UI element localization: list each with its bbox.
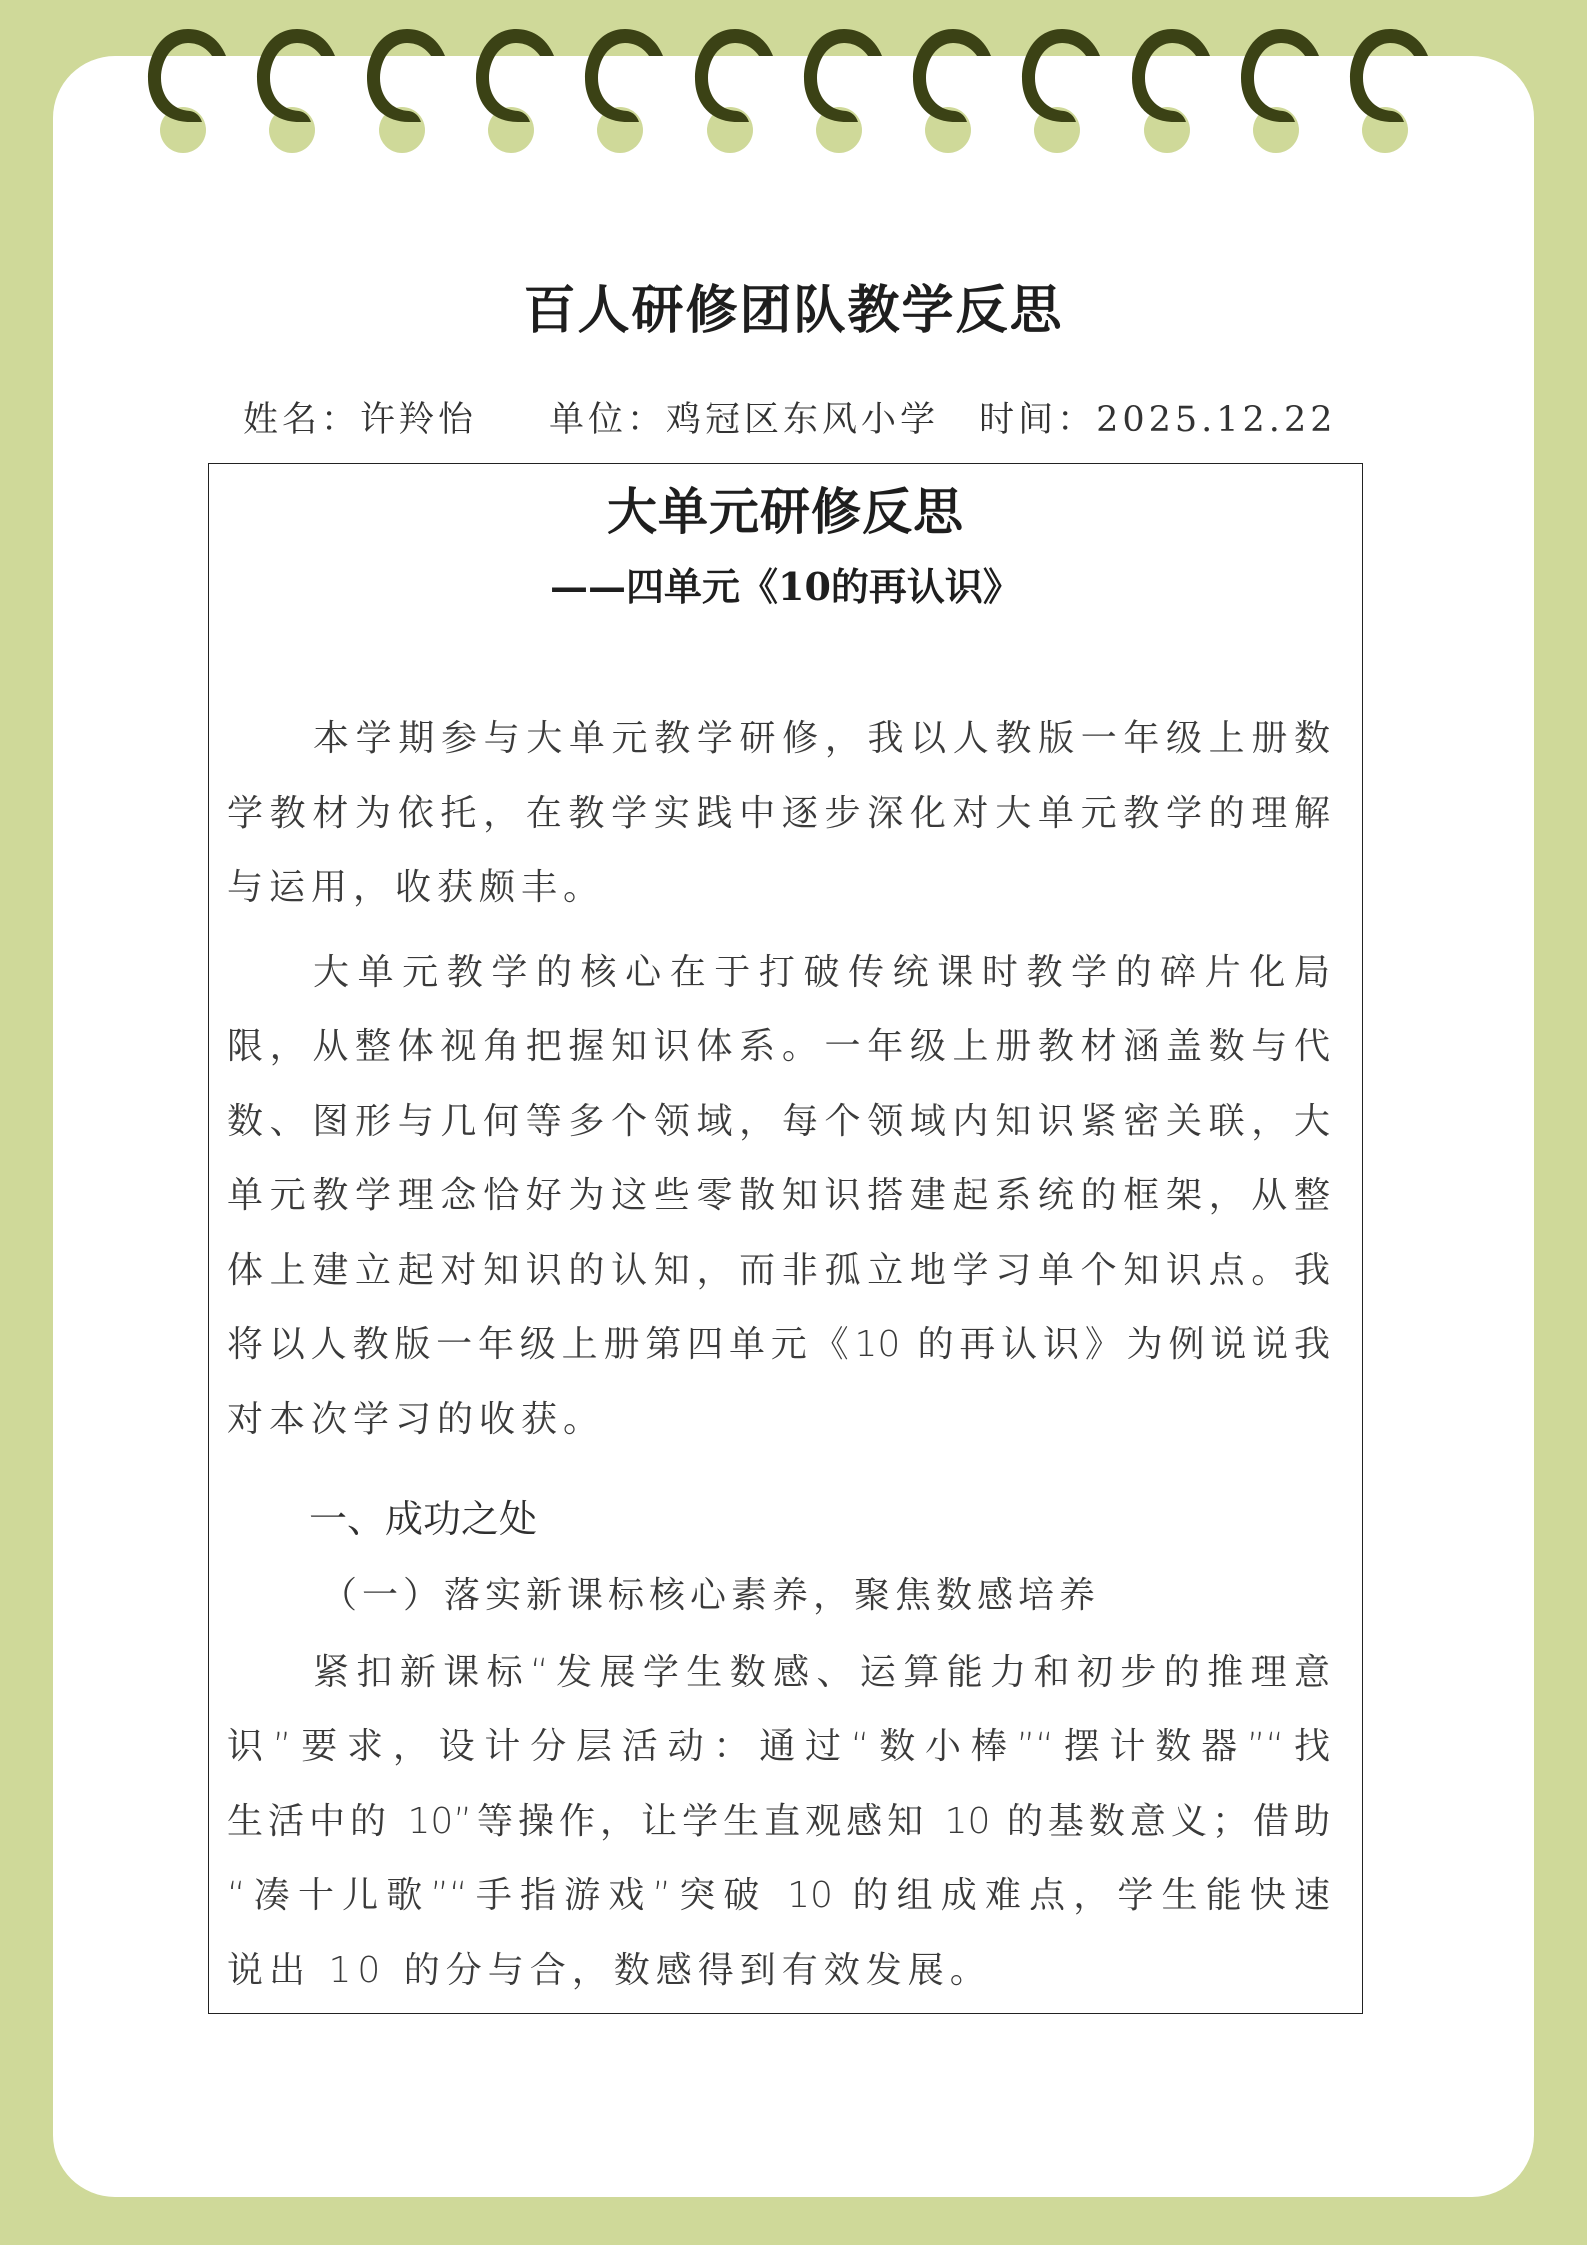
document-subheading: ——四单元《10的再认识》 — [209, 556, 1362, 611]
section-heading: 一、成功之处 — [309, 1488, 537, 1538]
paragraph-line: 大单元教学的核心在于打破传统课时教学的碎片化局 — [313, 948, 1330, 998]
name-value: 许羚怡 — [360, 392, 477, 442]
spiral-ring-icon — [796, 26, 892, 158]
spiral-ring-icon — [1233, 26, 1329, 158]
page-title: 百人研修团队教学反思 — [0, 268, 1587, 343]
name-label: 姓名： — [243, 392, 360, 442]
paragraph-line: 说出 10 的分与合，数感得到有效发展。 — [227, 1946, 1330, 1996]
spiral-ring-icon — [1342, 26, 1438, 158]
paragraph-line: 单元教学理念恰好为这些零散知识搭建起系统的框架，从整 — [227, 1171, 1330, 1221]
time-value: 2025.12.22 — [1096, 400, 1336, 440]
paragraph-line: 紧扣新课标“发展学生数感、运算能力和初步的推理意 — [313, 1648, 1330, 1698]
spiral-ring-icon — [577, 26, 673, 158]
document-heading: 大单元研修反思 — [209, 472, 1362, 544]
sub-section-heading: （一）落实新课标核心素养，聚焦数感培养 — [321, 1567, 1100, 1617]
content-box: 大单元研修反思 ——四单元《10的再认识》 本学期参与大单元教学研修，我以人教版… — [208, 463, 1363, 2014]
spiral-ring-icon — [140, 26, 236, 158]
paragraph-line: 数、图形与几何等多个领域，每个领域内知识紧密关联，大 — [227, 1097, 1330, 1147]
paragraph-line: 限，从整体视角把握知识体系。一年级上册教材涵盖数与代 — [227, 1022, 1330, 1072]
paragraph-line: 与运用，收获颇丰。 — [227, 863, 1330, 913]
spiral-ring-icon — [905, 26, 1001, 158]
paragraph-line: “凑十儿歌”“手指游戏”突破 10 的组成难点，学生能快速 — [227, 1871, 1330, 1921]
paragraph-line: 对本次学习的收获。 — [227, 1395, 1330, 1445]
paragraph-line: 本学期参与大单元教学研修，我以人教版一年级上册数 — [313, 714, 1330, 764]
spiral-ring-icon — [359, 26, 455, 158]
unit-value: 鸡冠区东风小学 — [666, 392, 939, 442]
paragraph-line: 将以人教版一年级上册第四单元《10 的再认识》为例说说我 — [227, 1320, 1330, 1370]
paragraph-line: 体上建立起对知识的认知，而非孤立地学习单个知识点。我 — [227, 1246, 1330, 1296]
spiral-ring-icon — [687, 26, 783, 158]
paragraph-line: 识”要求，设计分层活动：通过“数小棒”“摆计数器”“找 — [227, 1722, 1330, 1772]
paragraph-line: 生活中的 10”等操作，让学生直观感知 10 的基数意义；借助 — [227, 1797, 1330, 1847]
spiral-ring-icon — [1014, 26, 1110, 158]
spiral-ring-icon — [1124, 26, 1220, 158]
paragraph-line: 学教材为依托，在教学实践中逐步深化对大单元教学的理解 — [227, 789, 1330, 839]
spiral-ring-icon — [249, 26, 345, 158]
author-info: 姓名：许羚怡单位：鸡冠区东风小学时间：2025.12.22 — [243, 392, 1336, 442]
binding-rings — [0, 0, 1587, 170]
unit-label: 单位： — [549, 392, 666, 442]
time-label: 时间： — [979, 392, 1096, 442]
spiral-ring-icon — [468, 26, 564, 158]
